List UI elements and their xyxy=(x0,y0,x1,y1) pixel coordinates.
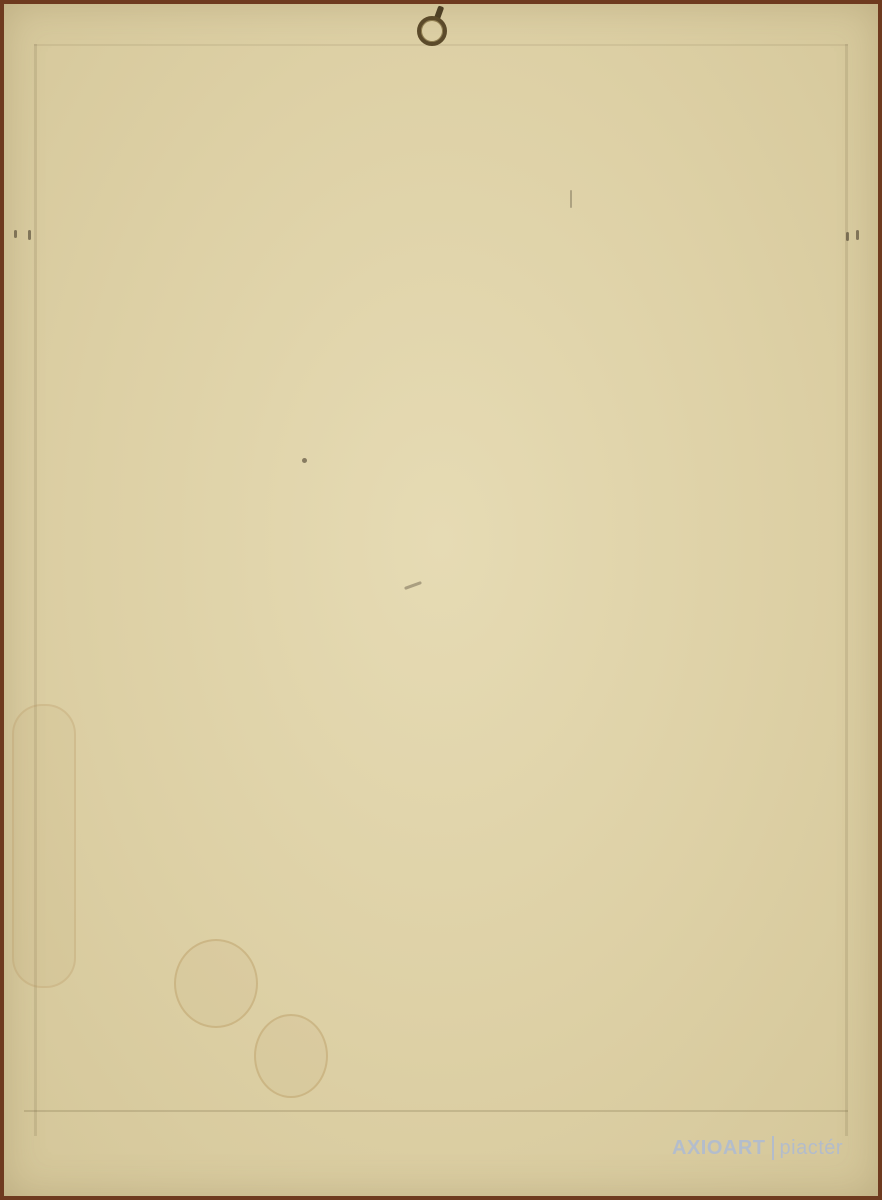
nail-mark xyxy=(856,230,859,240)
scratch xyxy=(404,581,422,590)
water-stain xyxy=(12,704,76,988)
paper-backing xyxy=(4,4,878,1196)
watermark-separator xyxy=(772,1136,774,1160)
water-stain xyxy=(254,1014,328,1098)
fold-line-right xyxy=(845,44,848,1136)
nail-mark xyxy=(846,232,849,241)
fold-line-top xyxy=(34,44,848,46)
nail-mark xyxy=(28,230,31,240)
watermark-brand: AXIOART xyxy=(672,1137,766,1160)
watermark-sub: piactér xyxy=(780,1137,844,1160)
nail-mark xyxy=(14,230,17,238)
speck xyxy=(302,458,307,463)
fold-line-bottom xyxy=(24,1110,848,1112)
hanging-ring-icon xyxy=(417,16,447,46)
water-stain xyxy=(174,939,258,1028)
scratch xyxy=(570,190,572,208)
watermark: AXIOART piactér xyxy=(672,1136,843,1160)
